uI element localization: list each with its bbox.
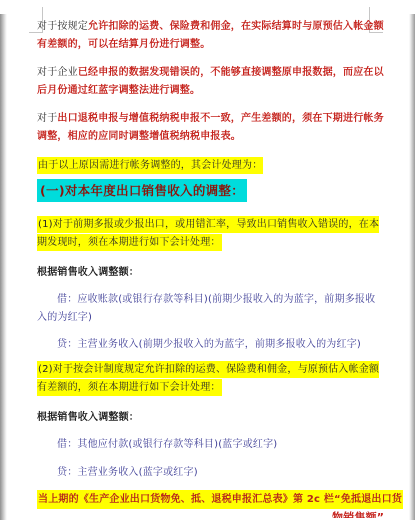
paragraph-lead-text: 对于企业: [37, 67, 78, 78]
item-2-highlight: (2)对于按会计制度规定允许扣除的运费、保险费和佣金，与原预估入帐金额有差额的，…: [37, 361, 379, 396]
reason-heading: 由于以上原因需进行帐务调整的，其会计处理为：: [37, 156, 385, 176]
paragraph-emphasis-text: 出口退税申报与增值税纳税申报不一致，产生差额的，须在下期进行帐务调整，相应的应同…: [37, 113, 384, 142]
item-1-paragraph: (1)对于前期多报或少报出口，或用错汇率，导致出口销售收入错误的，在本期发现时，…: [37, 216, 385, 252]
item-2-paragraph: (2)对于按会计制度规定允许扣除的运费、保险费和佣金，与原预估入帐金额有差额的，…: [37, 361, 385, 397]
journal-entry-debit-2: 借：其他应付款(或银行存款等科目)(蓝字或红字): [37, 436, 385, 454]
paragraph-lead-text: 对于: [37, 113, 57, 124]
paragraph-freight-adjustment: 对于按规定允许扣除的运费、保险费和佣金，在实际结算时与原预估入帐金额有差额的，可…: [37, 18, 385, 54]
journal-entry-credit-1: 贷：主营业务收入(前期少报收入的为蓝字，前期多报收入的为红字): [37, 336, 385, 354]
journal-entry-debit-1: 借：应收账款(或银行存款等科目)(前期少报收入的为蓝字，前期多报收入的为红字): [37, 291, 385, 327]
section-one-heading-highlight: (一)对本年度出口销售收入的调整：: [37, 179, 247, 202]
section-one-heading: (一)对本年度出口销售收入的调整：: [37, 182, 385, 202]
paragraph-emphasis-text: 允许扣除的运费、保险费和佣金，在实际结算时与原预估入帐金额有差额的，可以在结算月…: [37, 21, 384, 50]
paragraph-declared-data-error: 对于企业已经申报的数据发现错误的，不能够直接调整原申报数据，而应在以后月份通过红…: [37, 64, 385, 100]
footer-summary-line: 当上期的《生产企业出口货物免、抵、退税申报汇总表》第 2c 栏“免抵退出口货: [37, 490, 385, 510]
reason-heading-highlight: 由于以上原因需进行帐务调整的，其会计处理为：: [37, 157, 263, 174]
adjust-amount-heading-1: 根据销售收入调整额：: [37, 264, 385, 282]
paragraph-emphasis-text: 已经申报的数据发现错误的，不能够直接调整原申报数据，而应在以后月份通过红蓝字调整…: [37, 67, 384, 96]
adjust-amount-heading-2: 根据销售收入调整额：: [37, 409, 385, 427]
item-1-highlight: (1)对于前期多报或少报出口，或用错汇率，导致出口销售收入错误的，在本期发现时，…: [37, 216, 379, 251]
journal-entry-credit-2: 贷：主营业务收入(蓝字或红字): [37, 464, 385, 482]
document-page: 对于按规定允许扣除的运费、保险费和佣金，在实际结算时与原预估入帐金额有差额的，可…: [37, 0, 385, 518]
footer-summary-highlight: 当上期的《生产企业出口货物免、抵、退税申报汇总表》第 2c 栏“免抵退出口货: [37, 490, 403, 509]
paragraph-lead-text: 对于按规定: [37, 21, 88, 32]
page-right-edge: [409, 14, 415, 520]
page-left-edge: [0, 14, 7, 520]
paragraph-export-rebate-mismatch: 对于出口退税申报与增值税纳税申报不一致，产生差额的，须在下期进行帐务调整，相应的…: [37, 110, 385, 146]
clipped-next-line-text: 物销售额”出现负数时: [332, 512, 385, 518]
clipped-next-line: 物销售额”出现负数时: [332, 510, 385, 518]
